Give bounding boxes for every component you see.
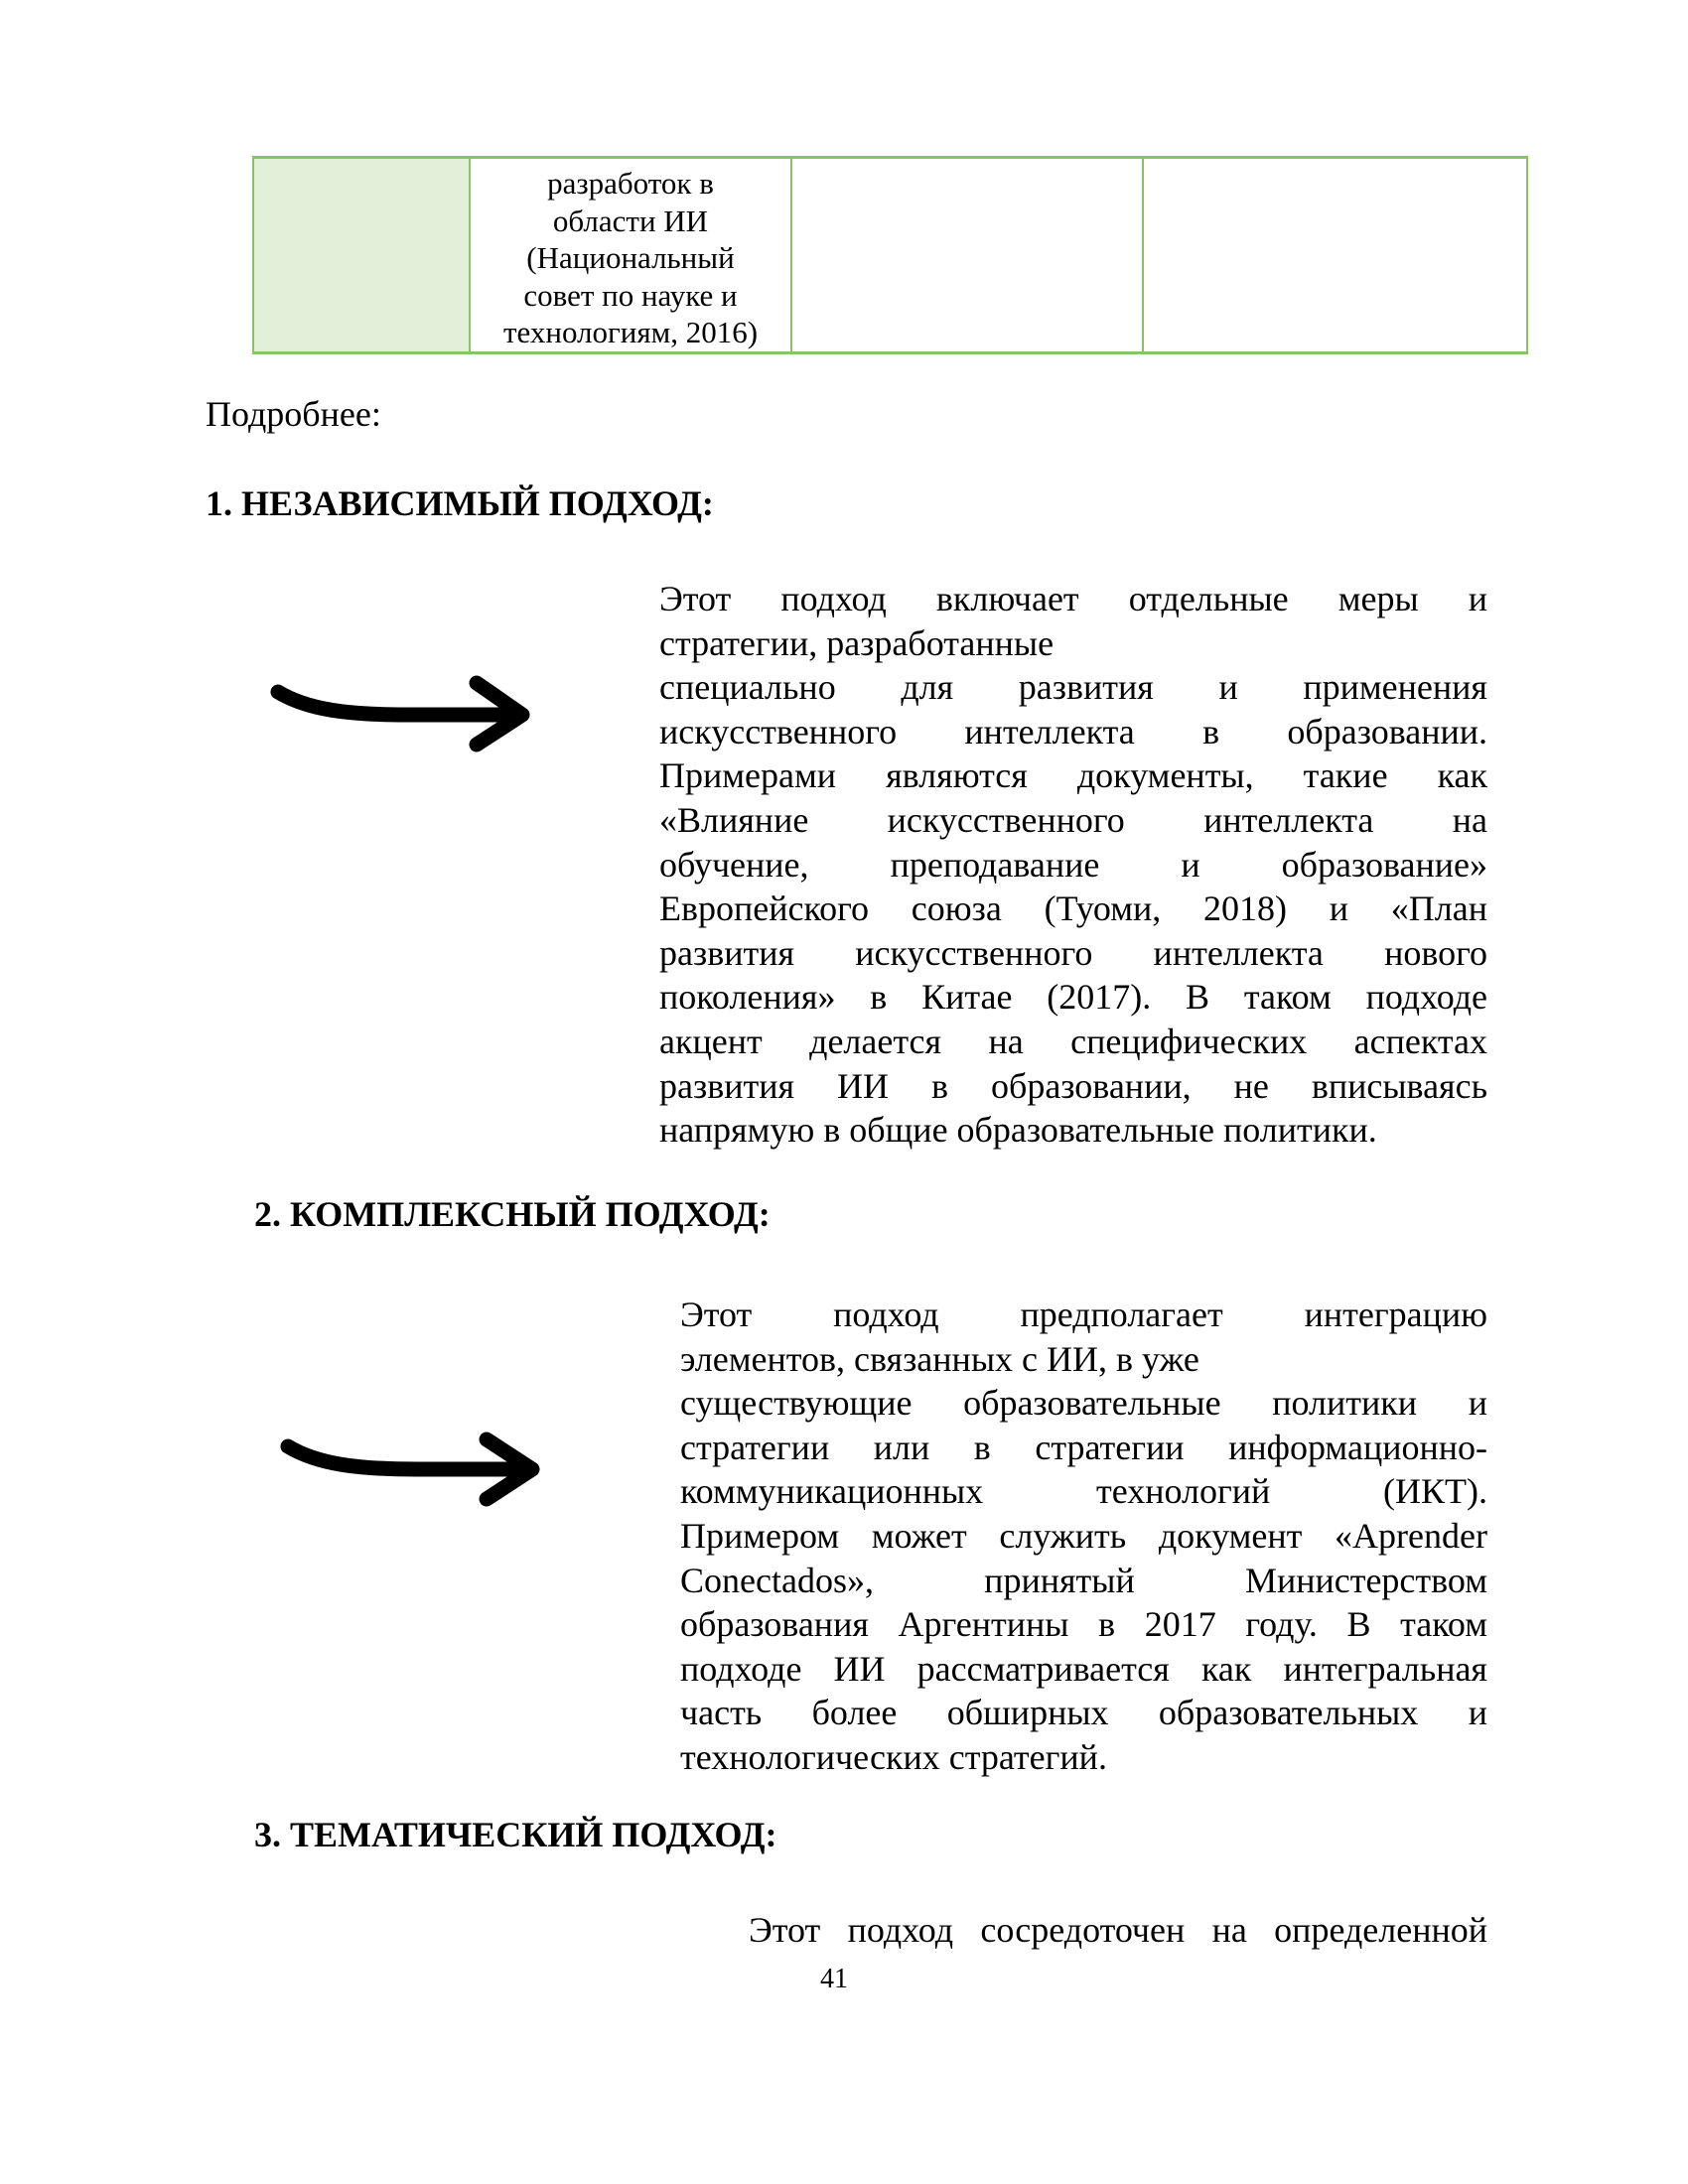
paragraph-line: Этот подход сосредоточен на определенной bbox=[749, 1908, 1487, 1953]
paragraph-line: коммуникационных технологий (ИКТ). bbox=[680, 1469, 1487, 1514]
paragraph-line: Этот подход включает отдельные меры и bbox=[659, 577, 1487, 621]
section-body-independent: Этот подход включает отдельные меры истр… bbox=[659, 577, 1487, 1153]
right-arrow-icon bbox=[258, 665, 546, 764]
table-cell-line: разработок в bbox=[471, 165, 790, 203]
paragraph-line: технологических стратегий. bbox=[680, 1735, 1487, 1780]
paragraph-line: часть более обширных образовательных и bbox=[680, 1691, 1487, 1735]
paragraph-line: существующие образовательные политики и bbox=[680, 1381, 1487, 1426]
paragraph-line: Этот подход предполагает интеграцию bbox=[680, 1293, 1487, 1337]
paragraph-line: искусственного интеллекта в образовании. bbox=[659, 710, 1487, 754]
right-arrow-icon bbox=[268, 1420, 556, 1519]
paragraph-line: элементов, связанных с ИИ, в уже bbox=[680, 1337, 1487, 1382]
paragraph-line: напрямую в общие образовательные политик… bbox=[659, 1108, 1487, 1153]
table-cell-document: разработок вобласти ИИ(Национальныйсовет… bbox=[470, 158, 791, 353]
table-cell-line: совет по науке и bbox=[471, 277, 790, 315]
section-heading-thematic: 3. ТЕМАТИЧЕСКИЙ ПОДХОД: bbox=[254, 1814, 777, 1855]
table-cell-empty bbox=[1143, 158, 1527, 353]
paragraph-line: развития искусственного интеллекта новог… bbox=[659, 931, 1487, 976]
paragraph-line: стратегии, разработанные bbox=[659, 621, 1487, 666]
paragraph-line: развития ИИ в образовании, не вписываясь bbox=[659, 1064, 1487, 1109]
paragraph-line: подходе ИИ рассматривается как интеграль… bbox=[680, 1647, 1487, 1692]
paragraph-line: Европейского союза (Туоми, 2018) и «План bbox=[659, 887, 1487, 931]
paragraph-line: стратегии или в стратегии информационно- bbox=[680, 1426, 1487, 1470]
paragraph-line: «Влияние искусственного интеллекта на bbox=[659, 798, 1487, 843]
section-heading-independent: 1. НЕЗАВИСИМЫЙ ПОДХОД: bbox=[206, 482, 714, 524]
table-cell-line: области ИИ bbox=[471, 203, 790, 240]
section-heading-complex: 2. КОМПЛЕКСНЫЙ ПОДХОД: bbox=[254, 1193, 771, 1235]
table-cell-empty bbox=[791, 158, 1143, 353]
page-number: 41 bbox=[820, 1964, 848, 1995]
paragraph-line: акцент делается на специфических аспекта… bbox=[659, 1020, 1487, 1064]
more-label: Подробнее: bbox=[206, 393, 381, 435]
paragraph-line: образования Аргентины в 2017 году. В так… bbox=[680, 1602, 1487, 1647]
section-body-complex: Этот подход предполагает интеграциюэлеме… bbox=[680, 1293, 1487, 1780]
paragraph-line: Примером может служить документ «Aprende… bbox=[680, 1514, 1487, 1559]
section-body-thematic: Этот подход сосредоточен на определенной bbox=[749, 1908, 1487, 1953]
paragraph-line: специально для развития и применения bbox=[659, 665, 1487, 710]
document-page: разработок вобласти ИИ(Национальныйсовет… bbox=[0, 0, 1688, 2184]
paragraph-line: поколения» в Китае (2017). В таком подхо… bbox=[659, 975, 1487, 1020]
paragraph-line: Примерами являются документы, такие как bbox=[659, 753, 1487, 798]
table-cell-category bbox=[253, 158, 470, 353]
paragraph-line: обучение, преподавание и образование» bbox=[659, 843, 1487, 887]
table-cell-text: разработок вобласти ИИ(Национальныйсовет… bbox=[471, 159, 790, 351]
table-cell-line: технологиям, 2016) bbox=[471, 314, 790, 351]
table-cell-line: (Национальный bbox=[471, 239, 790, 277]
paragraph-line: Conectados», принятый Министерством bbox=[680, 1559, 1487, 1603]
approaches-table-fragment: разработок вобласти ИИ(Национальныйсовет… bbox=[252, 156, 1528, 354]
table-row: разработок вобласти ИИ(Национальныйсовет… bbox=[253, 158, 1527, 353]
